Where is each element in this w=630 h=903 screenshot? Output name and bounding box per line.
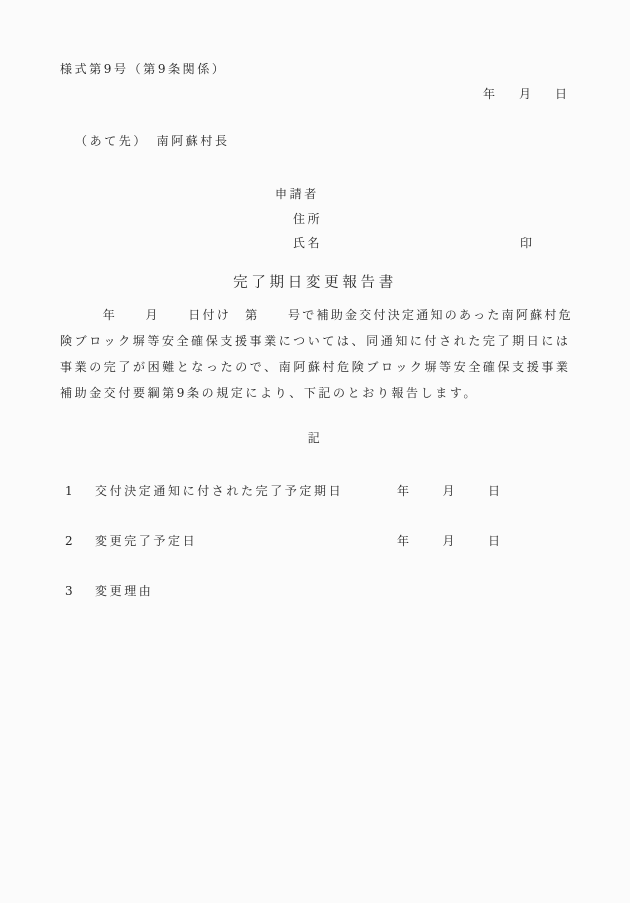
item-1-date-fields: 年 月 日: [397, 483, 500, 499]
body-line-3: 事業の完了が困難となったので、南阿蘇村危険ブロック塀等安全確保支援事業: [60, 354, 590, 380]
body-line-1: 年 月 日付け 第 号で補助金交付決定通知のあった南阿蘇村危: [60, 302, 590, 328]
item-1-year-label: 年: [397, 483, 409, 499]
form-number: 様式第9号（第9条関係）: [60, 61, 226, 77]
item-2-date-fields: 年 月 日: [397, 533, 500, 549]
item-row-2: 2 変更完了予定日 年 月 日: [0, 533, 630, 549]
item-3-label: 変更理由: [95, 583, 153, 599]
document-title: 完了期日変更報告書: [0, 274, 630, 292]
item-3-number: 3: [65, 583, 75, 599]
body-line-2: 険ブロック塀等安全確保支援事業については、同通知に付された完了期日には: [60, 328, 590, 354]
applicant-title: 申請者: [275, 186, 319, 202]
header-day-label: 日: [555, 86, 567, 102]
item-2-year-label: 年: [397, 533, 409, 549]
seal-mark: 印: [520, 235, 535, 251]
header-year-label: 年: [483, 86, 495, 102]
item-1-month-label: 月: [442, 483, 454, 499]
item-row-1: 1 交付決定通知に付された完了予定期日 年 月 日: [0, 483, 630, 499]
item-2-day-label: 日: [488, 533, 500, 549]
item-2-number: 2: [65, 533, 75, 549]
item-1-number: 1: [65, 483, 75, 499]
item-2-label: 変更完了予定日: [95, 533, 197, 549]
item-2-month-label: 月: [442, 533, 454, 549]
item-row-3: 3 変更理由: [0, 583, 630, 599]
applicant-name-label: 氏名: [293, 235, 322, 251]
item-1-day-label: 日: [488, 483, 500, 499]
header-date-line: 年 月 日: [483, 86, 567, 102]
body-line-4: 補助金交付要綱第9条の規定により、下記のとおり報告します。: [60, 380, 590, 406]
document-page: 様式第9号（第9条関係） 年 月 日 （あて先） 南阿蘇村長 申請者 住所 氏名…: [0, 0, 630, 903]
record-separator: 記: [0, 430, 630, 446]
header-month-label: 月: [519, 86, 531, 102]
body-paragraph: 年 月 日付け 第 号で補助金交付決定通知のあった南阿蘇村危 険ブロック塀等安全…: [60, 302, 590, 406]
item-1-label: 交付決定通知に付された完了予定期日: [95, 483, 343, 499]
applicant-address-label: 住所: [293, 211, 322, 227]
addressee: （あて先） 南阿蘇村長: [75, 133, 230, 149]
